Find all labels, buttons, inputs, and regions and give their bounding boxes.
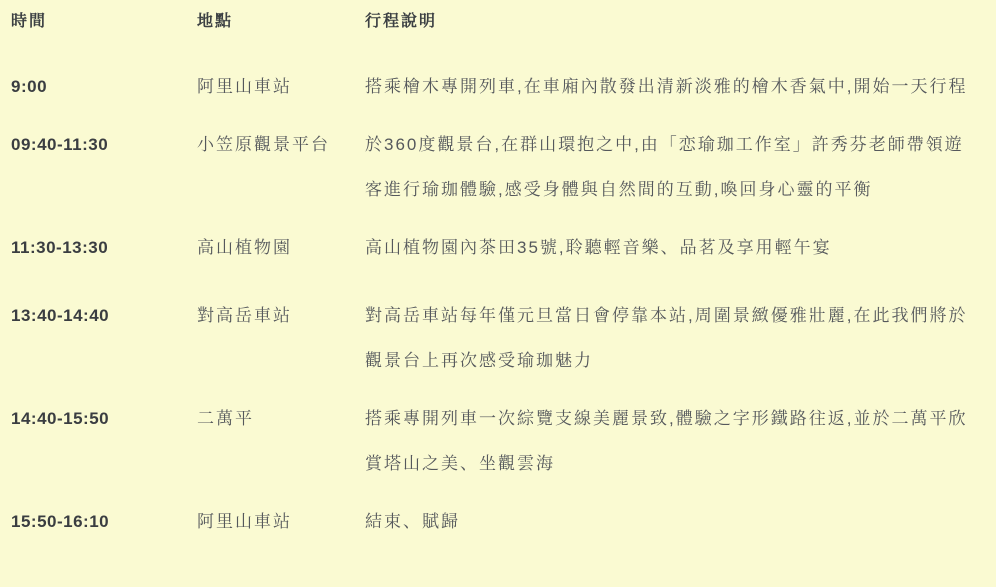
table-row: 14:40-15:50 二萬平 搭乘專開列車一次綜覽支線美麗景致,體驗之字形鐵路…: [11, 396, 985, 486]
description-cell: 對高岳車站每年僅元旦當日會停靠本站,周圍景緻優雅壯麗,在此我們將於觀景台上再次感…: [365, 293, 980, 383]
location-cell: 二萬平: [197, 396, 365, 441]
table-row: 13:40-14:40 對高岳車站 對高岳車站每年僅元旦當日會停靠本站,周圍景緻…: [11, 293, 985, 383]
description-cell: 高山植物園內茶田35號,聆聽輕音樂、品茗及享用輕午宴: [365, 225, 980, 270]
column-header-time: 時間: [11, 10, 197, 34]
table-row: 9:00 阿里山車站 搭乘檜木專開列車,在車廂內散發出清新淡雅的檜木香氣中,開始…: [11, 64, 985, 109]
description-cell: 搭乘檜木專開列車,在車廂內散發出清新淡雅的檜木香氣中,開始一天行程: [365, 64, 980, 109]
time-cell: 11:30-13:30: [11, 225, 197, 270]
time-cell: 13:40-14:40: [11, 293, 197, 338]
location-cell: 阿里山車站: [197, 64, 365, 109]
itinerary-table: 時間 地點 行程說明 9:00 阿里山車站 搭乘檜木專開列車,在車廂內散發出清新…: [0, 0, 996, 587]
location-cell: 小笠原觀景平台: [197, 122, 365, 167]
table-row: 09:40-11:30 小笠原觀景平台 於360度觀景台,在群山環抱之中,由「恋…: [11, 122, 985, 212]
description-cell: 於360度觀景台,在群山環抱之中,由「恋瑜珈工作室」許秀芬老師帶領遊客進行瑜珈體…: [365, 122, 980, 212]
table-row: 15:50-16:10 阿里山車站 結束、賦歸: [11, 499, 985, 544]
location-cell: 高山植物園: [197, 225, 365, 270]
time-cell: 9:00: [11, 64, 197, 109]
description-cell: 結束、賦歸: [365, 499, 980, 544]
table-header-row: 時間 地點 行程說明: [11, 10, 985, 34]
location-cell: 對高岳車站: [197, 293, 365, 338]
time-cell: 15:50-16:10: [11, 499, 197, 544]
time-cell: 09:40-11:30: [11, 122, 197, 167]
time-cell: 14:40-15:50: [11, 396, 197, 441]
column-header-location: 地點: [197, 10, 365, 34]
column-header-description: 行程說明: [365, 10, 985, 34]
location-cell: 阿里山車站: [197, 499, 365, 544]
table-row: 11:30-13:30 高山植物園 高山植物園內茶田35號,聆聽輕音樂、品茗及享…: [11, 225, 985, 270]
table-body: 9:00 阿里山車站 搭乘檜木專開列車,在車廂內散發出清新淡雅的檜木香氣中,開始…: [11, 64, 985, 544]
description-cell: 搭乘專開列車一次綜覽支線美麗景致,體驗之字形鐵路往返,並於二萬平欣賞塔山之美、坐…: [365, 396, 980, 486]
